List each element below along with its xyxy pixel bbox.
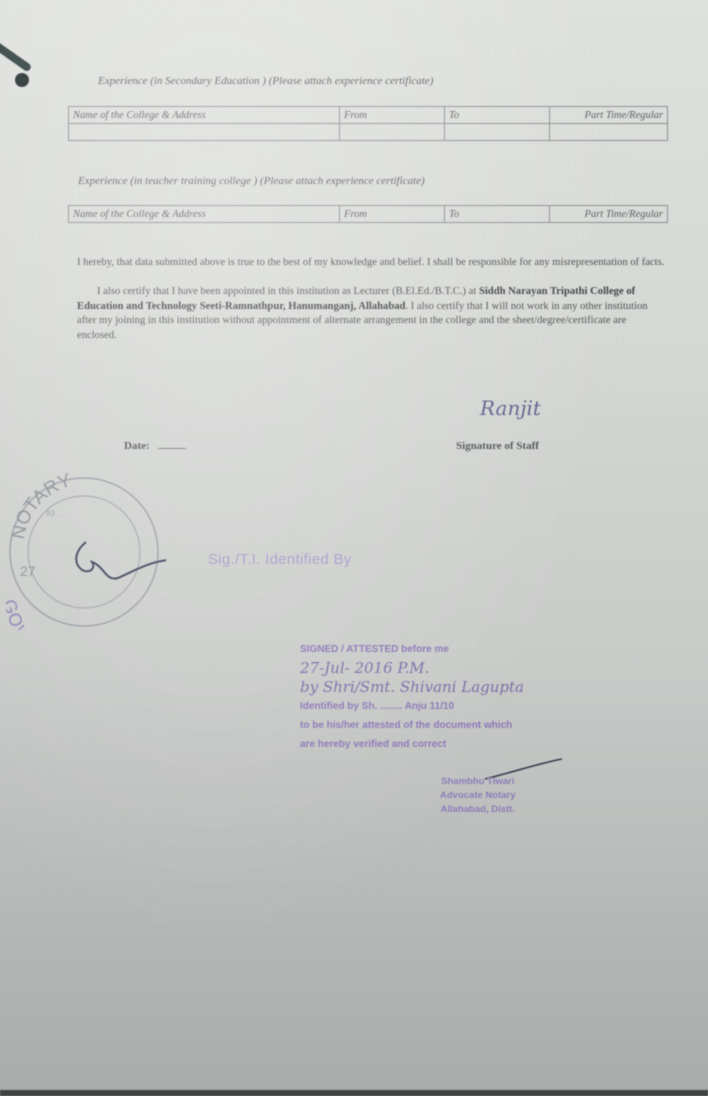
- col-college: Name of the College & Address: [69, 107, 340, 124]
- attest-identified: Identified by Sh. ........ Anju 11/10: [300, 697, 524, 716]
- table-header-row: Name of the College & Address From To Pa…: [69, 107, 668, 124]
- staff-signature: Ranjit: [480, 396, 541, 420]
- table-cell: [340, 124, 445, 141]
- attest-line: SIGNED / ATTESTED before me: [300, 640, 524, 659]
- notary-name: Shambhu Tiwari: [440, 775, 516, 789]
- punch-hole-icon: [15, 73, 29, 87]
- notary-title: Advocate Notary: [440, 789, 516, 803]
- declaration-text: I also certify that I have been appointe…: [77, 286, 479, 297]
- col-from: From: [340, 107, 445, 124]
- attest-line: are hereby verified and correct: [300, 735, 524, 754]
- attestation-stamp: SIGNED / ATTESTED before me 27-Jul- 2016…: [300, 640, 524, 754]
- svg-text:83 ….: 83 ….: [46, 509, 67, 518]
- col-to: To: [445, 206, 550, 223]
- table-cell: [69, 124, 340, 141]
- signature-label: Signature of Staff: [456, 440, 539, 452]
- table-row: [69, 124, 668, 141]
- col-college: Name of the College & Address: [69, 206, 340, 223]
- binder-ring-icon: [0, 41, 32, 73]
- svg-text:27: 27: [20, 563, 36, 579]
- date-label: Date:: [124, 440, 150, 452]
- col-type: Part Time/Regular: [550, 206, 668, 223]
- attest-person: by Shri/Smt. Shivani Lagupta: [300, 678, 524, 697]
- col-to: To: [445, 107, 550, 124]
- date-line: [158, 448, 186, 449]
- teacher-training-table: Name of the College & Address From To Pa…: [68, 205, 668, 223]
- table-cell: [445, 124, 550, 141]
- notary-seal-icon: NOTARY GOV 27 83 …. ….. …: [6, 470, 166, 630]
- secondary-experience-heading: Experience (in Secondary Education ) (Pl…: [98, 75, 433, 87]
- page-bottom-edge: [0, 1090, 708, 1096]
- col-from: From: [340, 206, 445, 223]
- notary-name-stamp: Shambhu Tiwari Advocate Notary Allahabad…: [440, 775, 516, 817]
- svg-text:GOV: GOV: [6, 597, 31, 630]
- svg-text:….. …: ….. …: [61, 600, 81, 607]
- table-cell: [550, 124, 668, 141]
- notary-location: Allahabad, Distt.: [440, 803, 516, 817]
- secondary-experience-table: Name of the College & Address From To Pa…: [68, 106, 668, 141]
- attest-line: to be his/her attested of the document w…: [300, 716, 524, 735]
- col-type: Part Time/Regular: [550, 107, 668, 124]
- document-page: Experience (in Secondary Education ) (Pl…: [0, 0, 708, 1096]
- svg-text:NOTARY: NOTARY: [8, 470, 74, 541]
- identified-by-stamp: Sig./T.I. Identified By: [208, 551, 352, 568]
- declaration-paragraph-1: I hereby, that data submitted above is t…: [77, 256, 667, 271]
- declaration-paragraph-2: I also certify that I have been appointe…: [77, 285, 667, 343]
- table-header-row: Name of the College & Address From To Pa…: [69, 206, 668, 223]
- attest-date: 27-Jul- 2016 P.M.: [300, 659, 524, 678]
- teacher-training-heading: Experience (in teacher training college …: [78, 175, 425, 187]
